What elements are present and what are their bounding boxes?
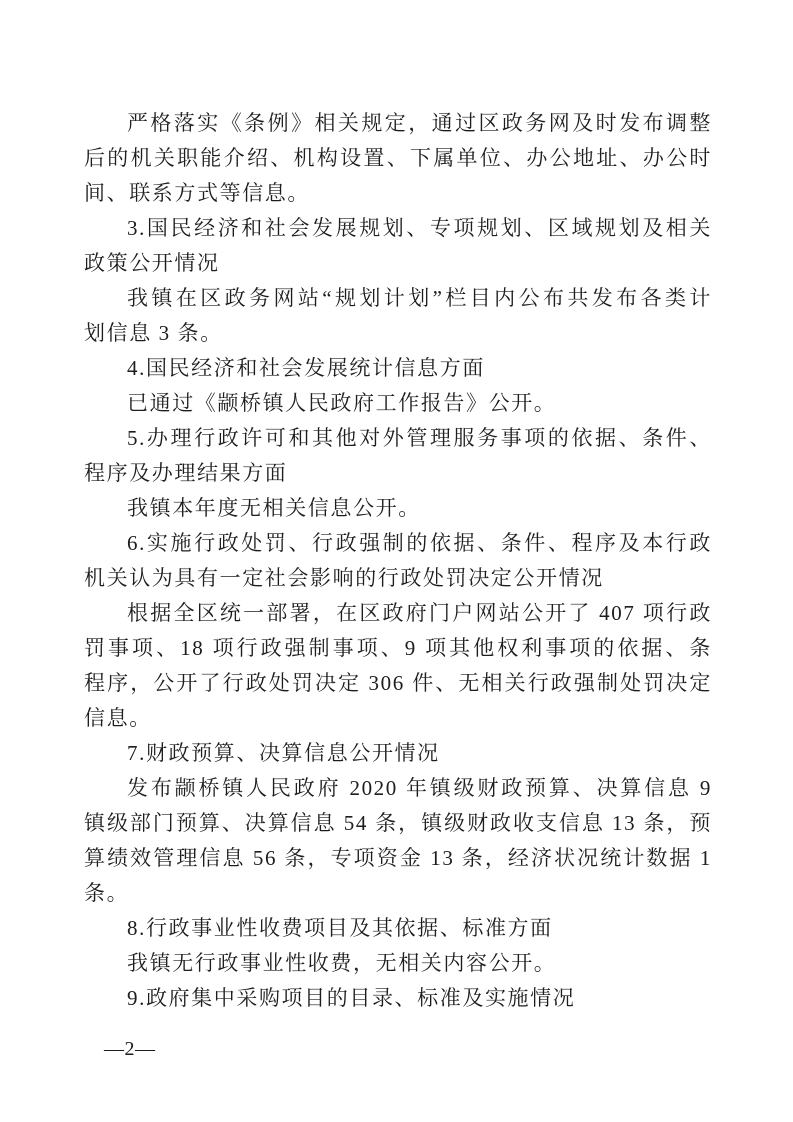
page-number: —2—: [104, 1036, 156, 1062]
text-line: 严格落实《条例》相关规定，通过区政务网及时发布调整: [84, 106, 712, 141]
text-line: 条。: [84, 876, 712, 911]
text-line: 我镇无行政事业性收费，无相关内容公开。: [84, 946, 712, 981]
text-line: 9.政府集中采购项目的目录、标准及实施情况: [84, 981, 712, 1016]
text-line: 我镇本年度无相关信息公开。: [84, 491, 712, 526]
text-line: 6.实施行政处罚、行政强制的依据、条件、程序及本行政: [84, 526, 712, 561]
text-line: 4.国民经济和社会发展统计信息方面: [84, 351, 712, 386]
text-line: 信息。: [84, 701, 712, 736]
text-line: 7.财政预算、决算信息公开情况: [84, 736, 712, 771]
text-line: 程序及办理结果方面: [84, 456, 712, 491]
text-line: 根据全区统一部署，在区政府门户网站公开了 407 项行政处: [84, 596, 712, 631]
text-line: 8.行政事业性收费项目及其依据、标准方面: [84, 911, 712, 946]
text-line: 后的机关职能介绍、机构设置、下属单位、办公地址、办公时: [84, 141, 712, 176]
text-line: 5.办理行政许可和其他对外管理服务事项的依据、条件、: [84, 421, 712, 456]
text-line: 我镇在区政务网站“规划计划”栏目内公布共发布各类计: [84, 281, 712, 316]
text-line: 间、联系方式等信息。: [84, 176, 712, 211]
text-line: 算绩效管理信息 56 条，专项资金 13 条，经济状况统计数据 1: [84, 841, 712, 876]
text-line: 机关认为具有一定社会影响的行政处罚决定公开情况: [84, 561, 712, 596]
text-line: 划信息 3 条。: [84, 316, 712, 351]
text-line: 发布颛桥镇人民政府 2020 年镇级财政预算、决算信息 9 条，: [84, 771, 712, 806]
text-line: 程序，公开了行政处罚决定 306 件、无相关行政强制处罚决定: [84, 666, 712, 701]
text-line: 罚事项、18 项行政强制事项、9 项其他权利事项的依据、条件、: [84, 631, 712, 666]
text-line: 3.国民经济和社会发展规划、专项规划、区域规划及相关: [84, 211, 712, 246]
document-body: 严格落实《条例》相关规定，通过区政务网及时发布调整后的机关职能介绍、机构设置、下…: [84, 106, 712, 1016]
document-page: 严格落实《条例》相关规定，通过区政务网及时发布调整后的机关职能介绍、机构设置、下…: [0, 0, 793, 1122]
text-line: 已通过《颛桥镇人民政府工作报告》公开。: [84, 386, 712, 421]
text-line: 政策公开情况: [84, 246, 712, 281]
text-line: 镇级部门预算、决算信息 54 条，镇级财政收支信息 13 条，预: [84, 806, 712, 841]
